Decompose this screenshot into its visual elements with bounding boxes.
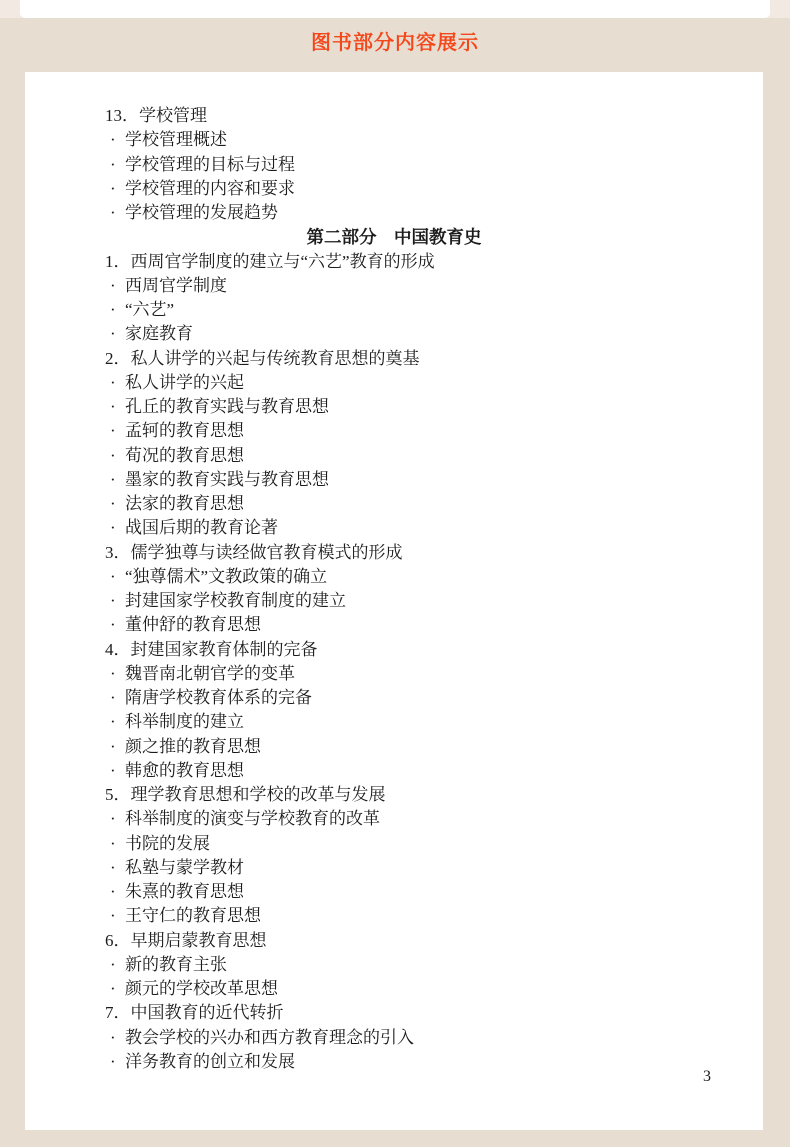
- toc-sub-item: ·魏晋南北朝官学的变革: [25, 662, 763, 686]
- bullet-dot: ·: [110, 686, 125, 710]
- bullet-dot: ·: [110, 904, 125, 928]
- toc-sub-item: ·学校管理的内容和要求: [25, 177, 763, 201]
- toc-sub-item: ·科举制度的演变与学校教育的改革: [25, 807, 763, 831]
- toc-section-heading: 第二部分 中国教育史: [25, 225, 763, 249]
- toc-sub-item-label: “独尊儒术”文教政策的确立: [125, 567, 327, 586]
- toc-item: 7．中国教育的近代转折: [25, 1001, 763, 1025]
- toc-sub-item: ·西周官学制度: [25, 274, 763, 298]
- toc-sub-item-label: 孔丘的教育实践与教育思想: [125, 397, 329, 416]
- toc-sub-item: ·韩愈的教育思想: [25, 759, 763, 783]
- toc-sub-item-label: 封建国家学校教育制度的建立: [125, 591, 346, 610]
- toc-sub-item-label: 洋务教育的创立和发展: [125, 1052, 295, 1071]
- toc-sub-item: ·法家的教育思想: [25, 492, 763, 516]
- toc-sub-item-label: 书院的发展: [125, 834, 210, 853]
- bullet-dot: ·: [110, 492, 125, 516]
- toc-sub-item-label: 学校管理的发展趋势: [125, 203, 278, 222]
- toc-sub-item: ·书院的发展: [25, 832, 763, 856]
- bullet-dot: ·: [110, 710, 125, 734]
- toc-sub-item-label: 朱熹的教育思想: [125, 882, 244, 901]
- toc-sub-item-label: 学校管理概述: [125, 130, 227, 149]
- toc-sub-item: ·孟轲的教育思想: [25, 419, 763, 443]
- toc-sub-item-label: 私塾与蒙学教材: [125, 858, 244, 877]
- toc-sub-item: ·新的教育主张: [25, 953, 763, 977]
- toc-sub-item: ·封建国家学校教育制度的建立: [25, 589, 763, 613]
- toc-sub-item: ·学校管理的目标与过程: [25, 153, 763, 177]
- toc-sub-item-label: 法家的教育思想: [125, 494, 244, 513]
- toc-sub-item-label: 隋唐学校教育体系的完备: [125, 688, 312, 707]
- toc-sub-item-label: 新的教育主张: [125, 955, 227, 974]
- toc-sub-item: ·颜之推的教育思想: [25, 735, 763, 759]
- toc-sub-item: ·学校管理概述: [25, 128, 763, 152]
- toc-sub-item-label: 王守仁的教育思想: [125, 906, 261, 925]
- toc-sub-item-label: 科举制度的演变与学校教育的改革: [125, 809, 380, 828]
- toc-sub-item: ·战国后期的教育论著: [25, 516, 763, 540]
- bullet-dot: ·: [110, 298, 125, 322]
- bullet-dot: ·: [110, 735, 125, 759]
- toc-sub-item-label: 孟轲的教育思想: [125, 421, 244, 440]
- bullet-dot: ·: [110, 1026, 125, 1050]
- toc-item: 6．早期启蒙教育思想: [25, 929, 763, 953]
- toc-sub-item-label: 家庭教育: [125, 324, 193, 343]
- bullet-dot: ·: [110, 444, 125, 468]
- bullet-dot: ·: [110, 274, 125, 298]
- toc-sub-item-label: 荀况的教育思想: [125, 446, 244, 465]
- bullet-dot: ·: [110, 1050, 125, 1074]
- toc-sub-item: ·荀况的教育思想: [25, 444, 763, 468]
- toc-sub-item: ·洋务教育的创立和发展: [25, 1050, 763, 1074]
- toc-sub-item: ·教会学校的兴办和西方教育理念的引入: [25, 1026, 763, 1050]
- toc-item: 1．西周官学制度的建立与“六艺”教育的形成: [25, 250, 763, 274]
- bullet-dot: ·: [110, 395, 125, 419]
- toc-sub-item-label: 科举制度的建立: [125, 712, 244, 731]
- toc-sub-item: ·私人讲学的兴起: [25, 371, 763, 395]
- bullet-dot: ·: [110, 322, 125, 346]
- toc-sub-item: ·“独尊儒术”文教政策的确立: [25, 565, 763, 589]
- toc-sub-item-label: 颜之推的教育思想: [125, 737, 261, 756]
- toc-sub-item: ·王守仁的教育思想: [25, 904, 763, 928]
- toc-sub-item: ·家庭教育: [25, 322, 763, 346]
- toc-sub-item: ·董仲舒的教育思想: [25, 613, 763, 637]
- page-number: 3: [703, 1068, 711, 1086]
- bullet-dot: ·: [110, 880, 125, 904]
- toc-sub-item-label: 学校管理的内容和要求: [125, 179, 295, 198]
- bullet-dot: ·: [110, 516, 125, 540]
- bullet-dot: ·: [110, 953, 125, 977]
- toc-sub-item: ·孔丘的教育实践与教育思想: [25, 395, 763, 419]
- bullet-dot: ·: [110, 662, 125, 686]
- toc-sub-item: ·墨家的教育实践与教育思想: [25, 468, 763, 492]
- bullet-dot: ·: [110, 589, 125, 613]
- toc-sub-item: ·隋唐学校教育体系的完备: [25, 686, 763, 710]
- toc-sub-item: ·学校管理的发展趋势: [25, 201, 763, 225]
- toc-sub-item-label: 战国后期的教育论著: [125, 518, 278, 537]
- toc-sub-item-label: 墨家的教育实践与教育思想: [125, 470, 329, 489]
- toc-item: 3．儒学独尊与读经做官教育模式的形成: [25, 541, 763, 565]
- toc-sub-item-label: 颜元的学校改革思想: [125, 979, 278, 998]
- bullet-dot: ·: [110, 832, 125, 856]
- toc-sub-item-label: 魏晋南北朝官学的变革: [125, 664, 295, 683]
- bullet-dot: ·: [110, 613, 125, 637]
- toc-item: 5．理学教育思想和学校的改革与发展: [25, 783, 763, 807]
- bullet-dot: ·: [110, 371, 125, 395]
- toc-sub-item-label: 教会学校的兴办和西方教育理念的引入: [125, 1028, 414, 1047]
- toc-item: 13．学校管理: [25, 104, 763, 128]
- toc-sub-item-label: 韩愈的教育思想: [125, 761, 244, 780]
- bullet-dot: ·: [110, 759, 125, 783]
- toc-sub-item: ·私塾与蒙学教材: [25, 856, 763, 880]
- toc-sub-item-label: 董仲舒的教育思想: [125, 615, 261, 634]
- toc-sub-item: ·“六艺”: [25, 298, 763, 322]
- bullet-dot: ·: [110, 201, 125, 225]
- toc-item: 4．封建国家教育体制的完备: [25, 638, 763, 662]
- toc-sub-item: ·科举制度的建立: [25, 710, 763, 734]
- toc-content: 13．学校管理·学校管理概述·学校管理的目标与过程·学校管理的内容和要求·学校管…: [25, 72, 763, 1074]
- toc-sub-item-label: 私人讲学的兴起: [125, 373, 244, 392]
- bullet-dot: ·: [110, 153, 125, 177]
- toc-sub-item: ·朱熹的教育思想: [25, 880, 763, 904]
- book-page: 13．学校管理·学校管理概述·学校管理的目标与过程·学校管理的内容和要求·学校管…: [25, 72, 763, 1130]
- toc-sub-item-label: “六艺”: [125, 300, 174, 319]
- bullet-dot: ·: [110, 977, 125, 1001]
- toc-sub-item: ·颜元的学校改革思想: [25, 977, 763, 1001]
- toc-sub-item-label: 学校管理的目标与过程: [125, 155, 295, 174]
- bullet-dot: ·: [110, 856, 125, 880]
- bullet-dot: ·: [110, 565, 125, 589]
- bullet-dot: ·: [110, 807, 125, 831]
- top-card-remnant: [20, 0, 770, 18]
- bullet-dot: ·: [110, 177, 125, 201]
- section-banner-title: 图书部分内容展示: [0, 31, 790, 56]
- toc-sub-item-label: 西周官学制度: [125, 276, 227, 295]
- bullet-dot: ·: [110, 468, 125, 492]
- toc-item: 2．私人讲学的兴起与传统教育思想的奠基: [25, 347, 763, 371]
- bullet-dot: ·: [110, 419, 125, 443]
- bullet-dot: ·: [110, 128, 125, 152]
